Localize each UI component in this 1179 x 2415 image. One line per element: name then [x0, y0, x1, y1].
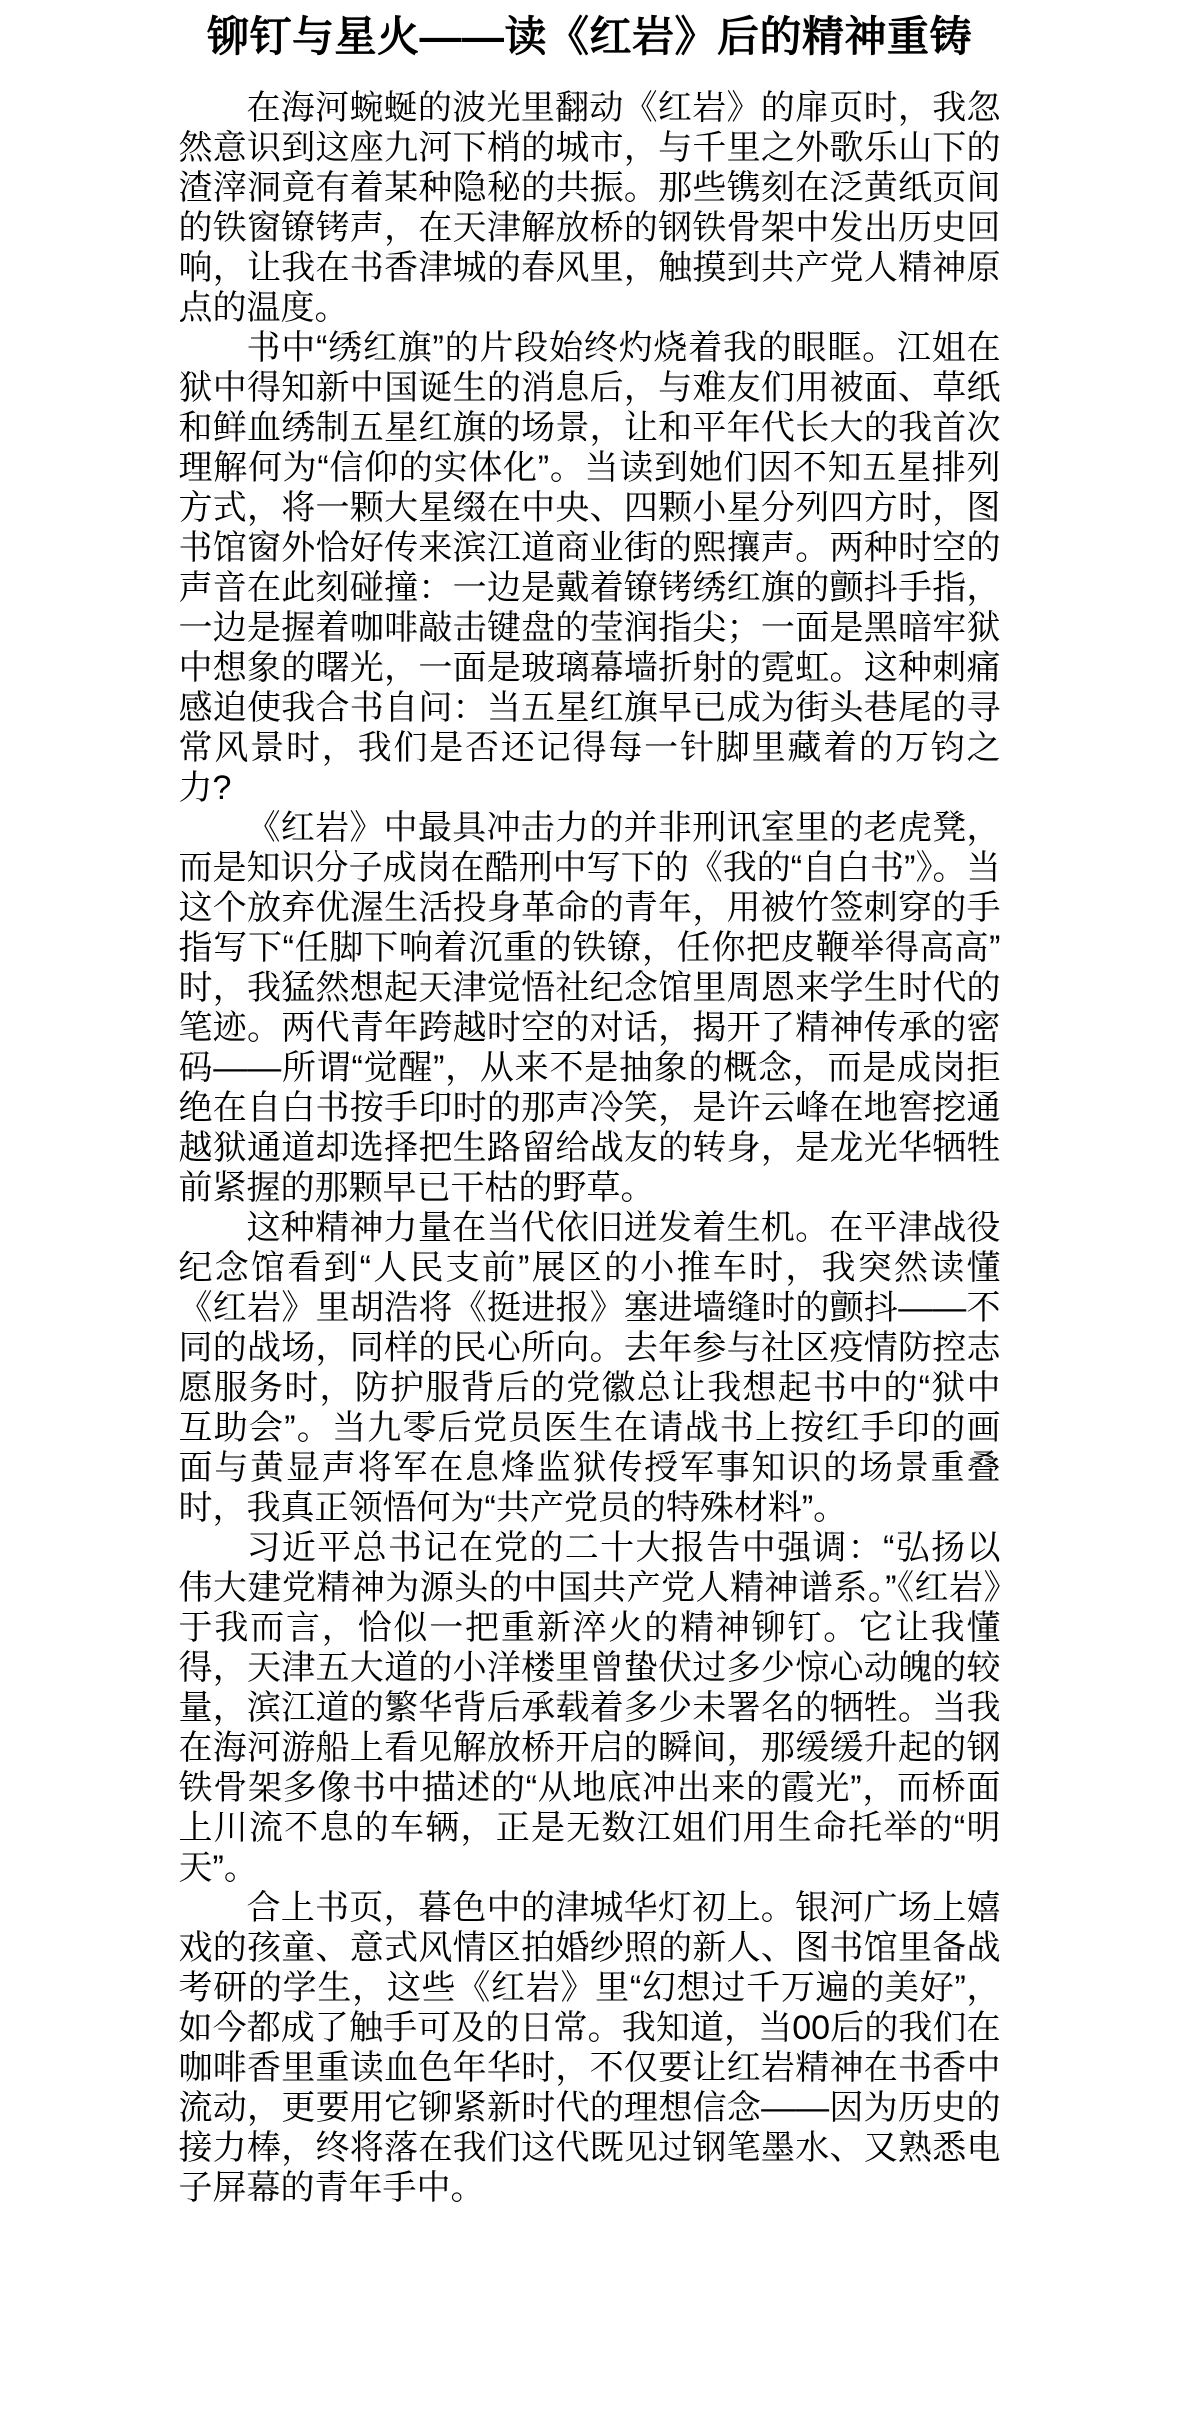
document-page: 铆钉与星火——读《红岩》后的精神重铸 在海河蜿蜒的波光里翻动《红岩》的扉页时，我… — [0, 0, 1179, 2415]
paragraph: 书中“绣红旗”的片段始终灼烧着我的眼眶。江姐在狱中得知新中国诞生的消息后，与难友… — [179, 328, 1001, 808]
paragraph: 在海河蜿蜒的波光里翻动《红岩》的扉页时，我忽然意识到这座九河下梢的城市，与千里之… — [179, 88, 1001, 328]
paragraph: 《红岩》中最具冲击力的并非刑讯室里的老虎凳，而是知识分子成岗在酷刑中写下的《我的… — [179, 808, 1001, 1208]
paragraph: 这种精神力量在当代依旧迸发着生机。在平津战役纪念馆看到“人民支前”展区的小推车时… — [179, 1208, 1001, 1528]
paragraph: 合上书页，暮色中的津城华灯初上。银河广场上嬉戏的孩童、意式风情区拍婚纱照的新人、… — [179, 1888, 1001, 2208]
document-title: 铆钉与星火——读《红岩》后的精神重铸 — [0, 0, 1179, 62]
paragraph: 习近平总书记在党的二十大报告中强调：“弘扬以伟大建党精神为源头的中国共产党人精神… — [179, 1528, 1001, 1888]
document-body: 在海河蜿蜒的波光里翻动《红岩》的扉页时，我忽然意识到这座九河下梢的城市，与千里之… — [179, 88, 1001, 2208]
